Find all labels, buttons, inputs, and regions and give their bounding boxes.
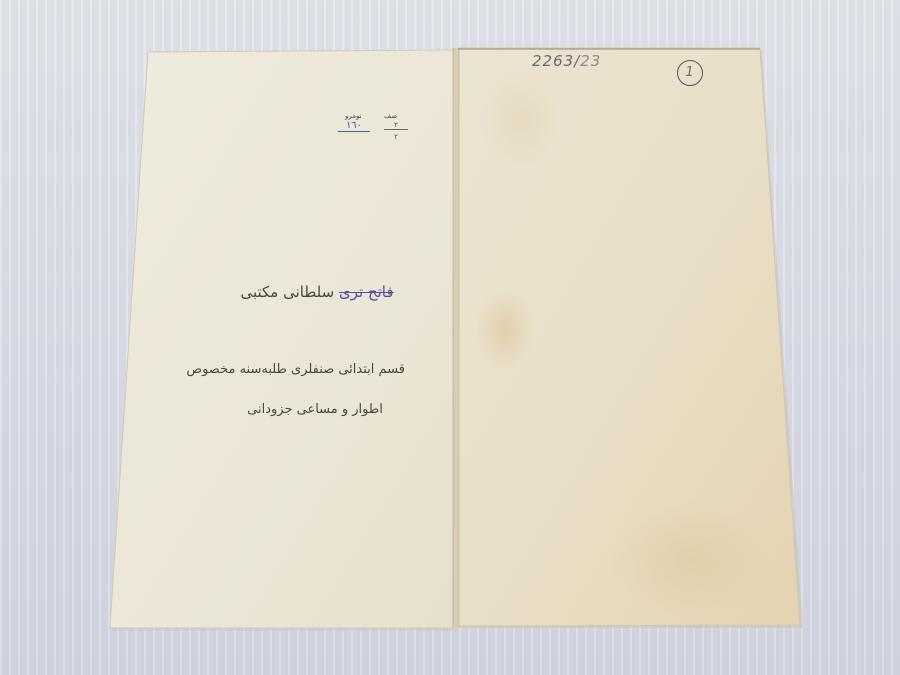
page-number-circle: 1 bbox=[677, 60, 703, 86]
booklet-sheets bbox=[0, 0, 900, 675]
accession-number: 2263/23 bbox=[532, 52, 601, 70]
title-text: سلطانی مکتبی bbox=[240, 283, 334, 301]
shelf-label: صف bbox=[384, 112, 397, 120]
subtitle-line-1: قسم ابتدائی صنفلری طلبه‌سنه مخصوص bbox=[225, 362, 405, 377]
subtitle-line-2: اطوار و مساعی جزودانی bbox=[240, 402, 390, 417]
document-photo: 2263/23 1 صف ٢ ٢ نومرو ١٦٠ فاتح تری سلطا… bbox=[0, 0, 900, 675]
spine bbox=[453, 48, 459, 628]
title-stamp: فاتح تری bbox=[339, 283, 394, 301]
volume-number: ١٦٠ bbox=[338, 120, 370, 132]
school-title: فاتح تری سلطانی مکتبی bbox=[232, 283, 402, 301]
volume-label: نومرو bbox=[345, 112, 362, 120]
shelf-denominator: ٢ bbox=[384, 133, 408, 141]
shelf-numerator: ٢ bbox=[384, 121, 408, 130]
